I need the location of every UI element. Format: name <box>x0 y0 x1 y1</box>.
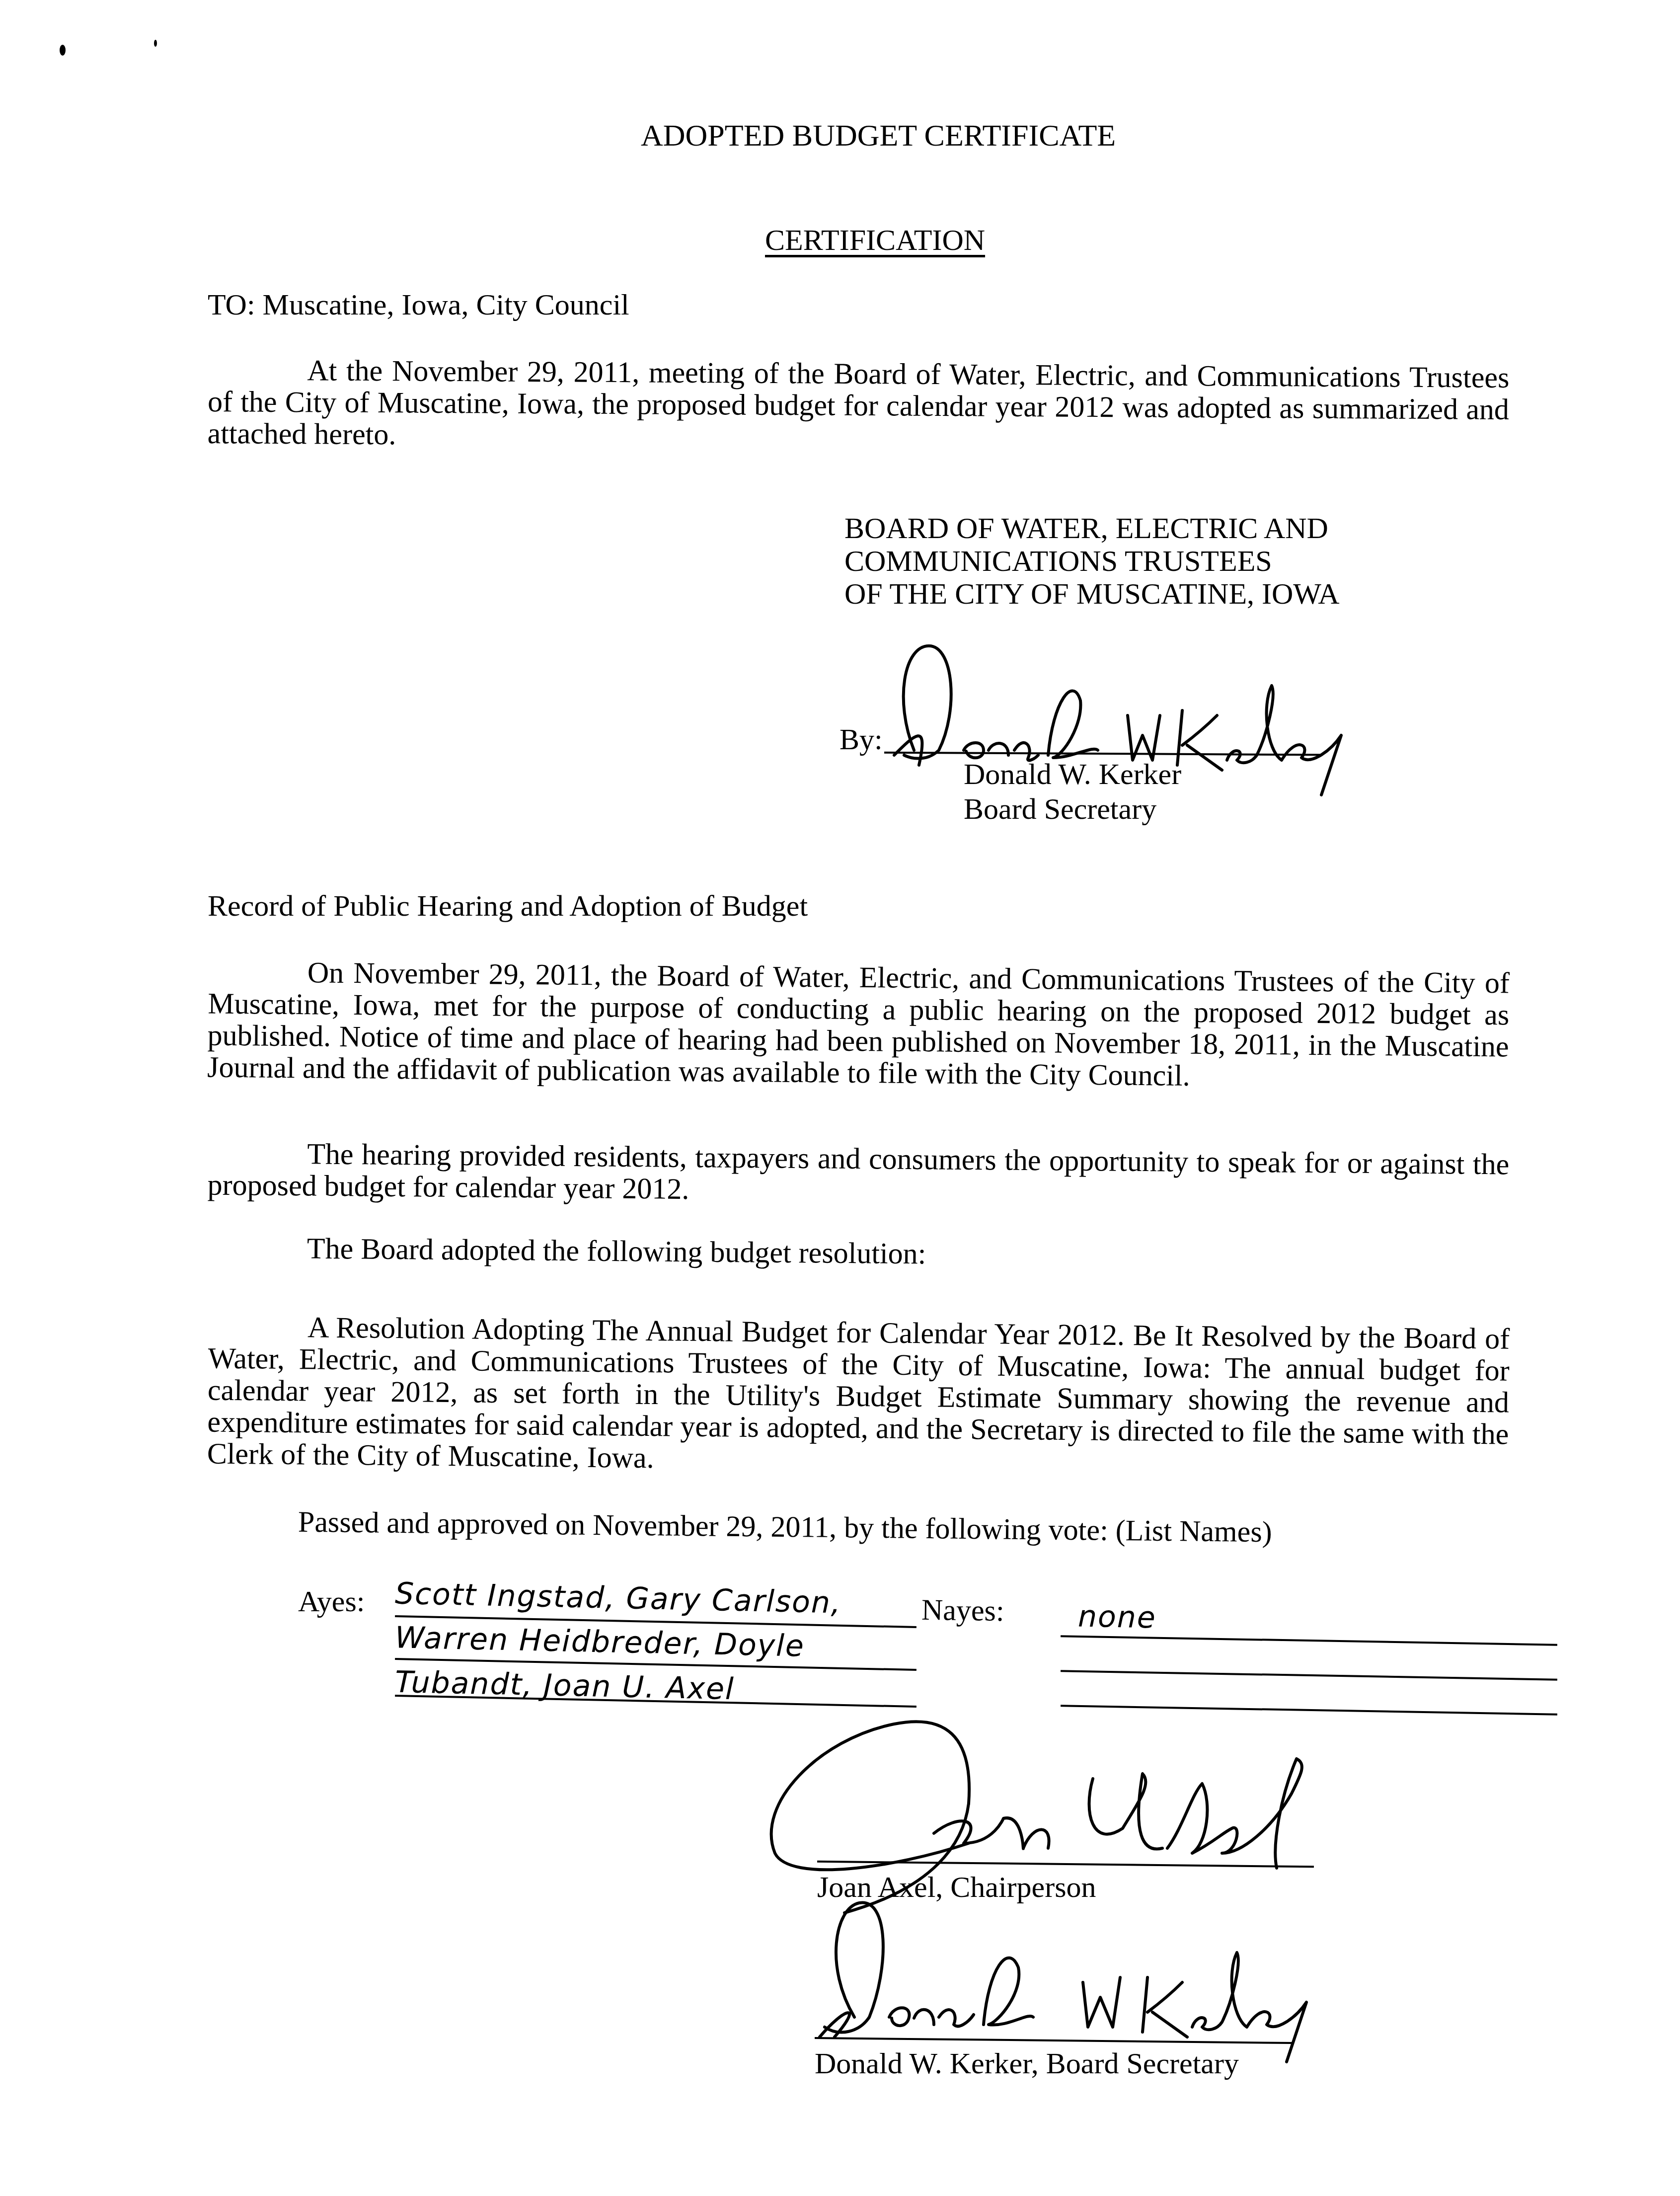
nayes-name-line-1: none <box>1077 1599 1156 1636</box>
by-label: By: <box>840 723 883 756</box>
by-signer-name: Donald W. Kerker <box>964 758 1181 790</box>
adopted-resolution-line: The Board adopted the following budget r… <box>307 1232 926 1270</box>
passed-approved-line: Passed and approved on November 29, 2011… <box>298 1505 1272 1549</box>
addressee-line: TO: Muscatine, Iowa, City Council <box>208 288 629 321</box>
board-name-line-3: OF THE CITY OF MUSCATINE, IOWA <box>844 577 1340 610</box>
opportunity-paragraph: The hearing provided residents, taxpayer… <box>207 1137 1509 1212</box>
ayes-name-line-1: Scott Ingstad, Gary Carlson, <box>394 1576 841 1621</box>
scan-speck <box>154 40 157 47</box>
resolution-paragraph: A Resolution Adopting The Annual Budget … <box>207 1310 1510 1482</box>
record-heading: Record of Public Hearing and Adoption of… <box>208 889 808 922</box>
by-signer-title: Board Secretary <box>964 792 1156 825</box>
nayes-label: Nayes: <box>921 1593 1005 1627</box>
board-name-line-2: COMMUNICATIONS TRUSTEES <box>844 545 1272 577</box>
scan-speck <box>60 45 66 56</box>
section-heading-certification: CERTIFICATION <box>765 224 985 256</box>
secretary-name-title: Donald W. Kerker, Board Secretary <box>815 2047 1239 2080</box>
nayes-underline-1 <box>1061 1635 1557 1646</box>
donald-kerker-signature-2 <box>805 1888 1451 2057</box>
document-title: ADOPTED BUDGET CERTIFICATE <box>641 119 1116 152</box>
ayes-label: Ayes: <box>298 1585 365 1618</box>
certification-paragraph: At the November 29, 2011, meeting of the… <box>207 354 1509 457</box>
nayes-underline-2 <box>1061 1670 1557 1680</box>
hearing-paragraph: On November 29, 2011, the Board of Water… <box>207 956 1510 1095</box>
board-name-line-1: BOARD OF WATER, ELECTRIC AND <box>844 512 1328 545</box>
ayes-name-line-2: Warren Heidbreder, Doyle <box>394 1620 805 1663</box>
